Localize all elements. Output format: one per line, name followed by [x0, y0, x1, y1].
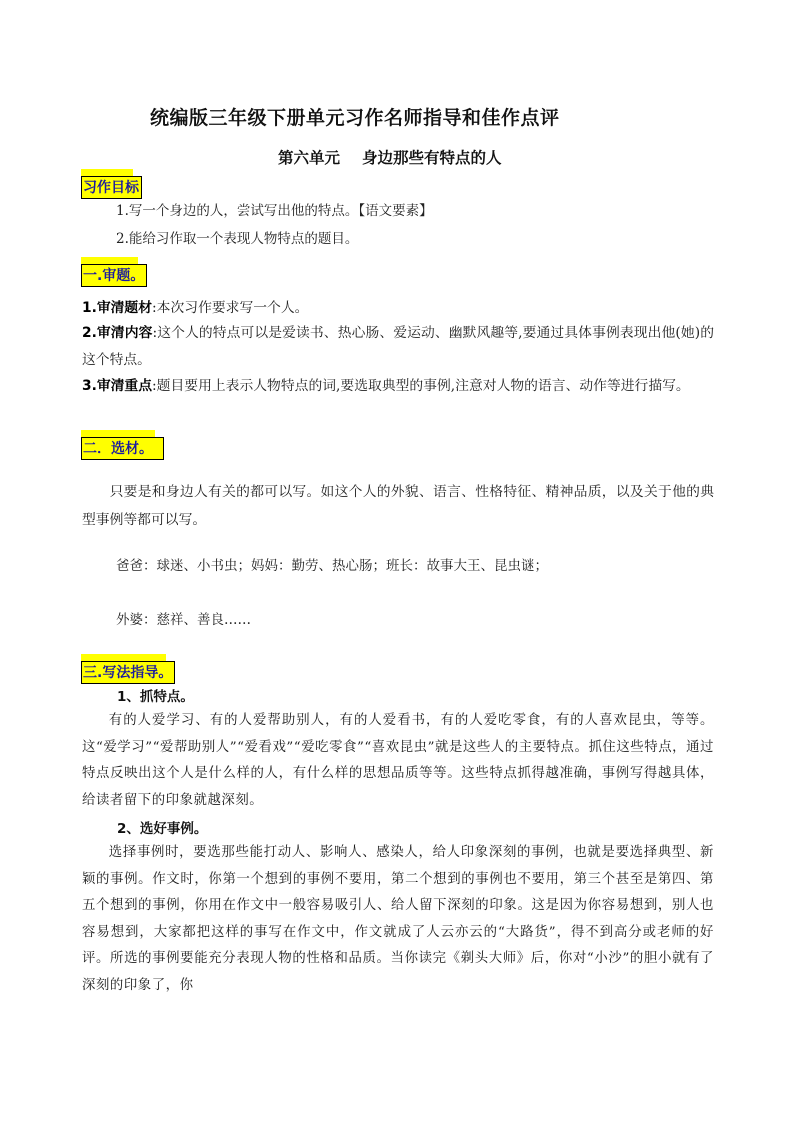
review-item-text: :本次习作要求写一个人。: [152, 300, 308, 316]
review-item: 2.审清内容:这个人的特点可以是爱读书、热心肠、爱运动、幽默风趣等,要通过具体事…: [82, 320, 714, 373]
goal-item: 1.写一个身边的人，尝试写出他的特点。【语文要素】: [116, 201, 433, 221]
review-item-text: :这个人的特点可以是爱读书、热心肠、爱运动、幽默风趣等,要通过具体事例表现出他(…: [82, 325, 714, 368]
review-item-text: :题目要用上表示人物特点的词,要选取典型的事例,注意对人物的语言、动作等进行描写…: [152, 378, 690, 394]
guide-step-paragraph: 有的人爱学习、有的人爱帮助别人，有的人爱看书，有的人爱吃零食，有的人喜欢昆虫，等…: [82, 708, 714, 814]
document-subtitle: 第六单元身边那些有特点的人: [278, 146, 502, 168]
material-example: 爸爸：球迷、小书虫；妈妈：勤劳、热心肠；班长：故事大王、昆虫谜；: [116, 556, 548, 576]
section-heading-review: 一.审题。: [81, 264, 147, 287]
unit-topic: 身边那些有特点的人: [362, 149, 502, 167]
guide-step-paragraph: 选择事例时，要选那些能打动人、影响人、感染人，给人印象深刻的事例，也就是要选择典…: [82, 840, 714, 999]
material-example: 外婆：慈祥、善良……: [116, 610, 251, 630]
section-heading-writing-guide: 三.写法指导。: [81, 661, 175, 684]
review-item-label: 2.审清内容: [82, 325, 152, 341]
document-title: 统编版三年级下册单元习作名师指导和佳作点评: [150, 103, 560, 130]
guide-step-title: 2、选好事例。: [117, 817, 207, 837]
guide-step-title: 1、抓特点。: [117, 685, 194, 705]
review-item-label: 3.审清重点: [82, 378, 152, 394]
material-paragraph: 只要是和身边人有关的都可以写。如这个人的外貌、语言、性格特征、精神品质，以及关于…: [82, 478, 714, 534]
review-item: 3.审清重点:题目要用上表示人物特点的词,要选取典型的事例,注意对人物的语言、动…: [82, 373, 714, 400]
unit-label: 第六单元: [278, 149, 340, 167]
review-item-label: 1.审清题材: [82, 300, 152, 316]
review-item: 1.审清题材:本次习作要求写一个人。: [82, 295, 714, 322]
section-heading-goals: 习作目标: [81, 176, 142, 199]
goal-item: 2.能给习作取一个表现人物特点的题目。: [116, 229, 358, 249]
document-page: 统编版三年级下册单元习作名师指导和佳作点评 第六单元身边那些有特点的人 习作目标…: [0, 0, 793, 1122]
section-heading-material: 二．选材。: [81, 437, 164, 460]
